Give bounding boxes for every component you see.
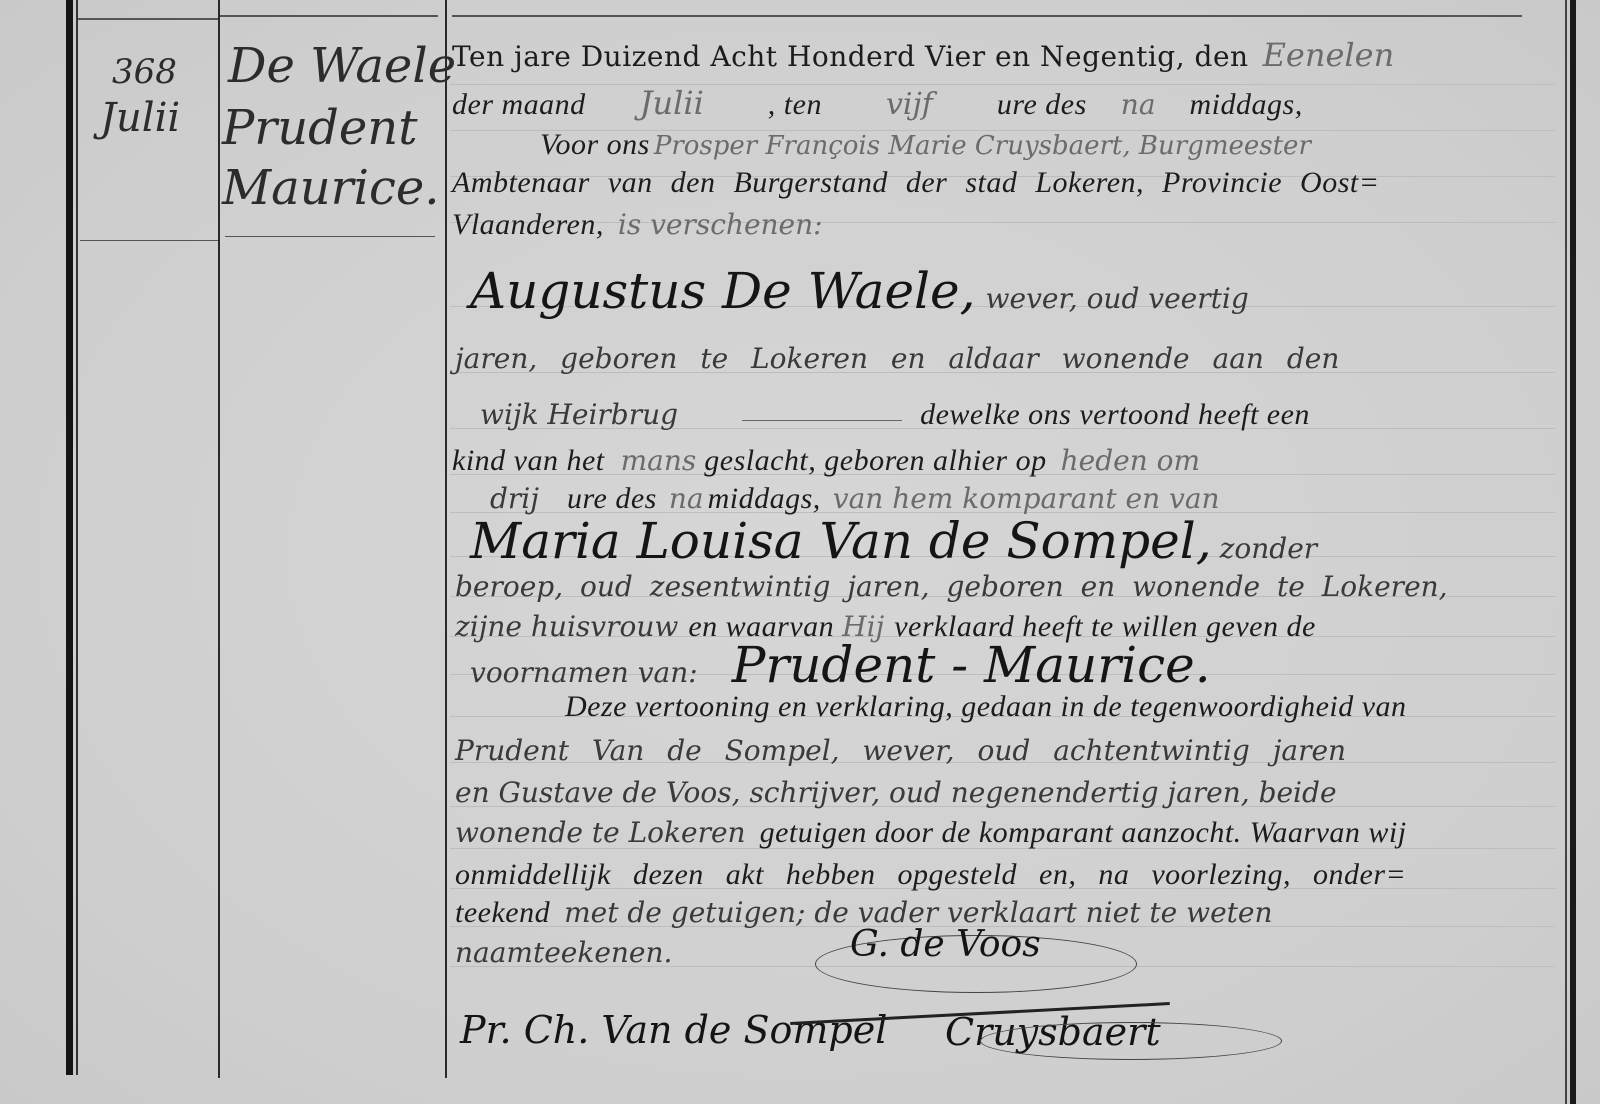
top-rule	[78, 18, 218, 20]
handwritten-hour: vijf	[886, 87, 933, 122]
record-line-7: jaren, geboren te Lokeren en aldaar wone…	[455, 342, 1339, 375]
printed-text: der maand	[452, 88, 586, 121]
record-line-11: Maria Louisa Van de Sompel, zonder	[470, 512, 1317, 570]
record-line-10: drij ure des na middags, van hem kompara…	[490, 482, 1220, 516]
record-line-5: Vlaanderen, is verschenen:	[452, 208, 823, 242]
handwritten-text: voornamen van:	[470, 656, 698, 689]
printed-text: , ten	[768, 88, 822, 121]
printed-text: Deze vertooning en verklaring, gedaan in…	[565, 690, 1407, 723]
right-thick-border	[1570, 0, 1576, 1104]
top-rule	[452, 15, 1522, 17]
child-given-names: Prudent - Maurice.	[732, 636, 1211, 694]
margin-separator	[80, 240, 218, 241]
printed-text: Ten jare Duizend Acht Honderd Vier en Ne…	[452, 40, 1249, 73]
record-line-8: wijk Heirbrug dewelke ons vertoond heeft…	[480, 398, 1310, 432]
entry-month: Julii	[100, 95, 180, 141]
signature-flourish	[980, 1022, 1282, 1060]
printed-text: ure des	[567, 482, 657, 515]
child-given-name-2: Maurice.	[222, 160, 440, 216]
handwritten-text: naamteekenen.	[455, 936, 672, 969]
handwritten-hour: drij	[490, 482, 539, 515]
left-thin-border	[76, 0, 78, 1075]
printed-text: geslacht, geboren alhier op	[704, 444, 1046, 477]
printed-text: Voor ons	[540, 128, 650, 161]
record-line-14: voornamen van: Prudent - Maurice.	[470, 636, 1211, 694]
printed-text: onmiddellijk dezen akt hebben opgesteld …	[455, 858, 1406, 891]
printed-text: Ambtenaar van den Burgerstand der stad L…	[452, 166, 1379, 199]
handwritten-day: Eenelen	[1263, 36, 1395, 74]
printed-text: middags,	[708, 482, 821, 515]
witness-2-details: en Gustave de Voos, schrijver, oud negen…	[455, 776, 1337, 809]
column-divider-name	[445, 0, 447, 1078]
record-line-2: der maand Julii , ten vijf ure des na mi…	[452, 84, 1303, 122]
left-thick-border	[66, 0, 73, 1075]
handwritten-address: wijk Heirbrug	[480, 398, 678, 431]
record-line-18: wonende te Lokeren getuigen door de komp…	[455, 816, 1407, 850]
handwritten-sex: mans	[621, 444, 697, 477]
printed-text: getuigen door de komparant aanzocht. Waa…	[760, 816, 1407, 849]
record-line-9: kind van het mans geslacht, geboren alhi…	[452, 444, 1200, 478]
column-divider-number	[218, 0, 220, 1078]
printed-text: ure des	[997, 88, 1087, 121]
record-line-15: Deze vertooning en verklaring, gedaan in…	[565, 690, 1407, 724]
handwritten-text: beroep, oud zesentwintig jaren, geboren …	[455, 570, 1448, 603]
father-name: Augustus De Waele,	[470, 262, 976, 320]
record-line-16: Prudent Van de Sompel, wever, oud achten…	[455, 734, 1346, 767]
handwritten-ampm: na	[1121, 88, 1156, 121]
printed-text: Vlaanderen,	[452, 208, 604, 241]
record-line-19: onmiddellijk dezen akt hebben opgesteld …	[455, 858, 1406, 892]
record-line-6: Augustus De Waele, wever, oud veertig	[470, 262, 1249, 320]
handwritten-month: Julii	[640, 84, 704, 122]
mother-occupation: zonder	[1220, 532, 1318, 565]
record-line-4: Ambtenaar van den Burgerstand der stad L…	[452, 166, 1379, 200]
handwritten-text: is verschenen:	[618, 208, 823, 241]
signature-witness-1: Pr. Ch. Van de Sompel	[460, 1008, 887, 1052]
child-surname: De Waele	[228, 38, 456, 94]
record-line-3: Voor ons Prosper François Marie Cruysbae…	[540, 128, 1311, 162]
entry-number: 368	[112, 52, 177, 92]
printed-text: teekend	[455, 896, 550, 929]
handwritten-ampm: na	[669, 482, 704, 515]
father-occupation-age: wever, oud veertig	[986, 282, 1249, 315]
top-rule	[220, 15, 438, 17]
witness-1-details: Prudent Van de Sompel, wever, oud achten…	[455, 734, 1346, 767]
child-given-name-1: Prudent	[222, 100, 418, 156]
mother-name: Maria Louisa Van de Sompel,	[470, 512, 1212, 570]
record-line-12: beroep, oud zesentwintig jaren, geboren …	[455, 570, 1448, 603]
handwritten-text: jaren, geboren te Lokeren en aldaar wone…	[455, 342, 1339, 375]
handwritten-official: Prosper François Marie Cruysbaert, Burgm…	[654, 131, 1311, 161]
record-line-21: naamteekenen.	[455, 936, 672, 969]
printed-text: kind van het	[452, 444, 605, 477]
margin-separator	[225, 236, 435, 237]
record-line-17: en Gustave de Voos, schrijver, oud negen…	[455, 776, 1337, 809]
handwritten-text: van hem komparant en van	[833, 482, 1220, 515]
register-page: 368 Julii De Waele Prudent Maurice. Ten …	[0, 0, 1600, 1104]
right-thin-border	[1565, 0, 1567, 1104]
handwritten-date: heden om	[1061, 444, 1200, 477]
printed-text: dewelke ons vertoond heeft een	[920, 398, 1310, 431]
record-line-1: Ten jare Duizend Acht Honderd Vier en Ne…	[452, 36, 1394, 74]
printed-text: middags,	[1190, 88, 1303, 121]
handwritten-text: wonende te Lokeren	[455, 816, 746, 849]
signature-witness-2: G. de Voos	[850, 924, 1041, 965]
